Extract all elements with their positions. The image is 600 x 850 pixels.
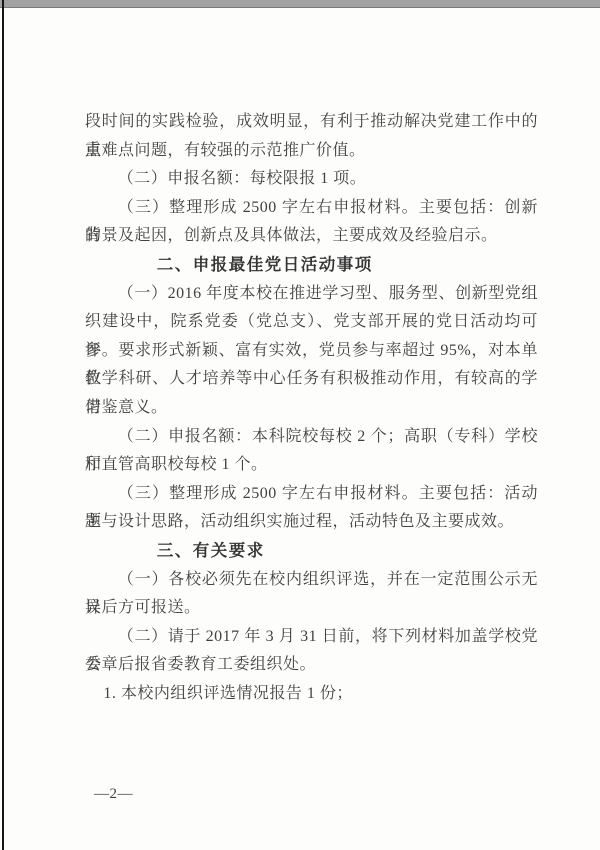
document-line: 题与设计思路，活动组织实施过程，活动特色及主要成效。: [85, 508, 538, 537]
document-line: 背景及起因，创新点及具体做法，主要成效及经验启示。: [85, 222, 538, 251]
document-line: （一）各校必须先在校内组织评选，并在一定范围公示无异: [85, 566, 538, 595]
document-line: （二）请于 2017 年 3 月 31 日前，将下列材料加盖学校党委: [85, 623, 538, 652]
document-line: （三）整理形成 2500 字左右申报材料。主要包括：创新的: [85, 194, 538, 223]
document-line: 厅直管高职校每校 1 个。: [85, 451, 538, 480]
document-line: 1. 本校内组织评选情况报告 1 份；: [85, 680, 538, 709]
document-line: 教学科研、人才培养等中心任务有积极推动作用，有较高的学习: [85, 365, 538, 394]
section-heading: 三、有关要求: [85, 537, 538, 566]
document-text-block: 段时间的实践检验，成效明显，有利于推动解决党建工作中的重点难点问题，有较强的示范…: [85, 108, 538, 708]
document-line: 织建设中，院系党委（党总支）、党支部开展的党日活动均可参: [85, 308, 538, 337]
scan-left-edge: [2, 0, 4, 850]
document-line: 点难点问题，有较强的示范推广价值。: [85, 137, 538, 166]
document-line: （三）整理形成 2500 字左右申报材料。主要包括：活动主: [85, 480, 538, 509]
document-line: （一）2016 年度本校在推进学习型、服务型、创新型党组: [85, 280, 538, 309]
document-line: （二）申报名额：本科院校每校 2 个；高职（专科）学校和: [85, 423, 538, 452]
section-heading: 二、申报最佳党日活动事项: [85, 251, 538, 280]
scan-top-edge: [0, 0, 600, 8]
document-line: （二）申报名额：每校限报 1 项。: [85, 165, 538, 194]
document-line: 公章后报省委教育工委组织处。: [85, 651, 538, 680]
document-line: 议后方可报送。: [85, 594, 538, 623]
document-line: 借鉴意义。: [85, 394, 538, 423]
document-line: 评。要求形式新颖、富有实效，党员参与率超过 95%，对本单位: [85, 337, 538, 366]
document-line: 段时间的实践检验，成效明显，有利于推动解决党建工作中的重: [85, 108, 538, 137]
page-number: —2—: [94, 786, 133, 803]
